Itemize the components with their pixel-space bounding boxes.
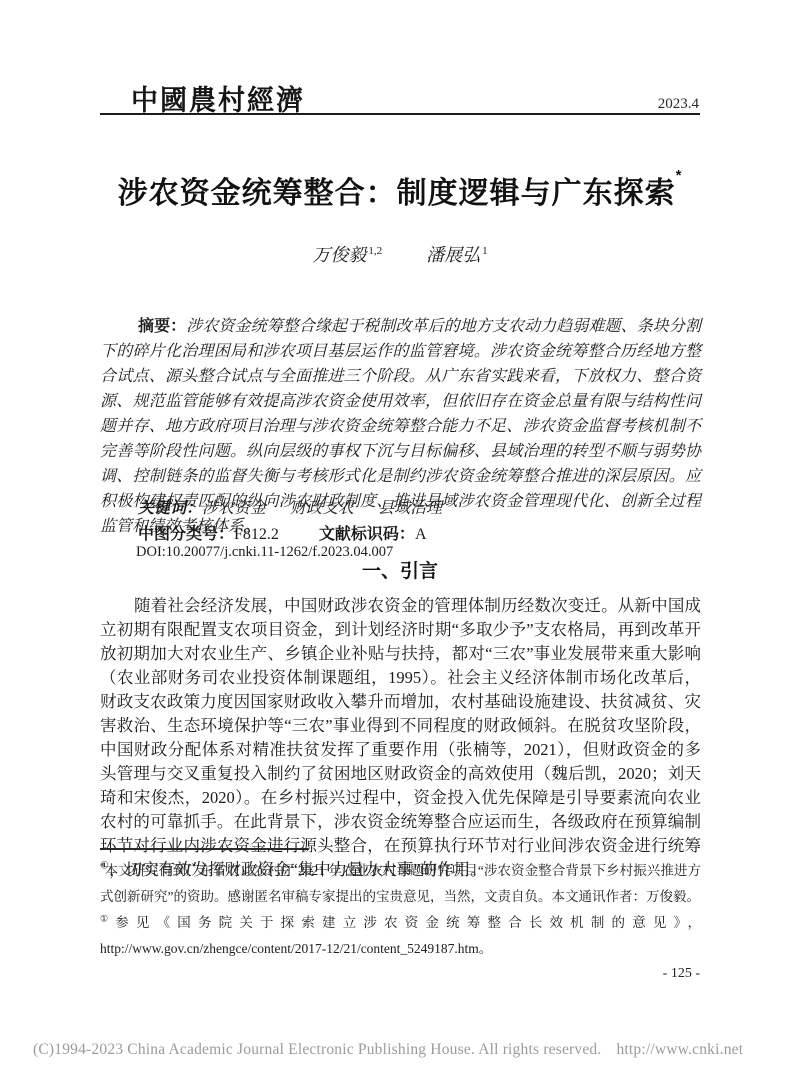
footnotes-block: *本文研究得到广东省农业农村厅 2021 年农业农村课题研究项目“涉农资金整合背…: [100, 858, 701, 962]
title-footnote-mark: *: [676, 167, 683, 184]
intro-paragraph: 随着社会经济发展，中国财政涉农资金的管理体制历经数次变迁。从新中国成立初期有限配…: [100, 594, 701, 882]
footnote: *本文研究得到广东省农业农村厅 2021 年农业农村课题研究项目“涉农资金整合背…: [100, 858, 701, 910]
author: 万俊毅1,2: [312, 245, 382, 265]
author-superscript: 1,2: [368, 245, 382, 257]
footer-url: http://www.cnki.net: [616, 1041, 743, 1058]
keywords-line: 关键词：涉农资金财政支农县域治理: [100, 495, 700, 518]
doc-code-label: 文献标识码：: [319, 526, 415, 543]
footnote-divider: [100, 848, 308, 850]
author-name: 万俊毅: [312, 245, 366, 265]
author-name: 潘展弘: [426, 245, 480, 265]
author: 潘展弘1: [426, 245, 488, 265]
footer-copyright-line: (C)1994-2023 China Academic Journal Elec…: [33, 1041, 773, 1059]
journal-page: 中國農村經濟 2023.4 涉农资金统筹整合：制度逻辑与广东探索* 万俊毅1,2…: [0, 0, 799, 1086]
doc-code-value: A: [415, 526, 427, 543]
page-number: - 125 -: [100, 966, 700, 982]
footnote: ①参见《国务院关于探索建立涉农资金统筹整合长效机制的意见》，http://www…: [100, 910, 701, 962]
section-heading-introduction: 一、引言: [100, 556, 700, 583]
intro-text-1: 随着社会经济发展，中国财政涉农资金的管理体制历经数次变迁。从新中国成立初期有限配…: [100, 596, 701, 855]
clc-label: 中图分类号：: [138, 526, 234, 543]
article-title: 涉农资金统筹整合：制度逻辑与广东探索*: [84, 168, 716, 212]
footnote-text: 本文研究得到广东省农业农村厅 2021 年农业农村课题研究项目“涉农资金整合背景…: [100, 863, 701, 904]
author-superscript: 1: [482, 245, 488, 257]
clc-value: F812.2: [234, 526, 279, 543]
keyword-item: 财政支农: [290, 500, 354, 517]
author-line: 万俊毅1,2 潘展弘1: [100, 241, 700, 267]
article-title-text: 涉农资金统筹整合：制度逻辑与广东探索: [118, 177, 676, 210]
keyword-item: 县域治理: [378, 500, 442, 517]
classification-line: 中图分类号：F812.2文献标识码：A: [100, 521, 700, 544]
issue-number: 2023.4: [658, 96, 699, 113]
footer-copyright: (C)1994-2023 China Academic Journal Elec…: [33, 1041, 601, 1058]
footnote-marker: ①: [100, 914, 115, 924]
keyword-item: 涉农资金: [202, 500, 266, 517]
journal-logo: 中國農村經濟: [131, 77, 305, 118]
header-rule: [100, 113, 700, 115]
abstract-label: 摘要：: [138, 318, 186, 335]
footnote-text: 参见《国务院关于探索建立涉农资金统筹整合长效机制的意见》，http://www.…: [100, 915, 701, 956]
keywords-label: 关键词：: [138, 500, 202, 517]
